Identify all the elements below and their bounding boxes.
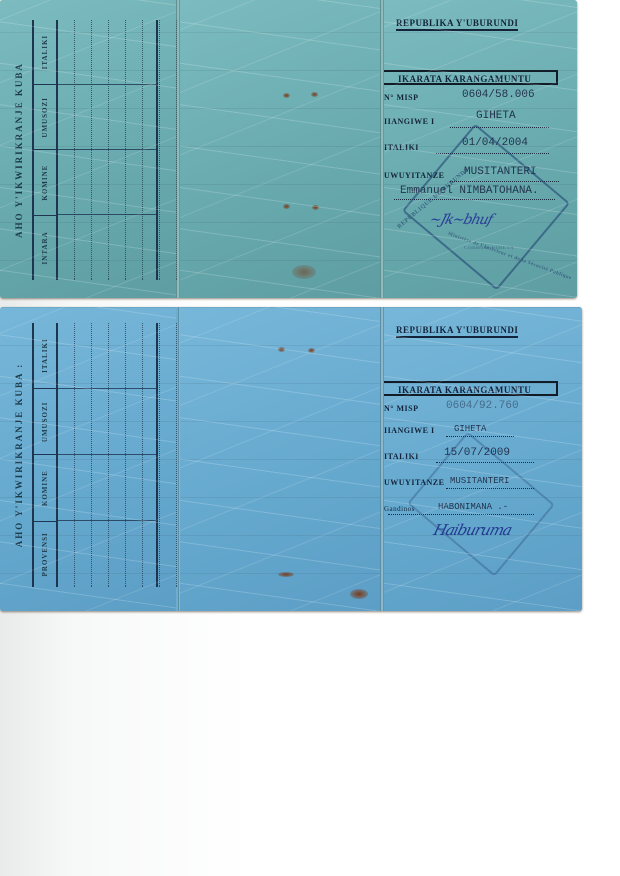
card2-residence-title: AHO Y'IKWIRIKRANJE KUBA : bbox=[14, 313, 24, 597]
field-place: IIANGIWE I GIHETA bbox=[384, 421, 574, 437]
republic-heading: REPUBLIKA Y'UBURUNDI bbox=[396, 18, 518, 31]
card-title: IKARATA KARANGAMUNTU bbox=[384, 381, 558, 396]
card2-middle-panel bbox=[180, 307, 380, 611]
card1-middle-panel bbox=[180, 0, 380, 298]
card2-right-panel: REPUBLIKA Y'UBURUNDI IKARATA KARANGAMUNT… bbox=[384, 307, 582, 611]
card1-right-panel: REPUBLIKA Y'UBURUNDI IKARATA KARANGAMUNT… bbox=[384, 0, 577, 298]
card1-left-panel: AHO Y'IKWIRIKRANJE KUBA INTARA KOMINE UM… bbox=[0, 0, 176, 298]
col-header: PROVENSI bbox=[34, 521, 56, 587]
signature: ~Jk~bhuf bbox=[428, 212, 494, 228]
signature: Haiburuma bbox=[432, 521, 514, 539]
col-header: UMUSOZI bbox=[34, 84, 56, 149]
id-card-1: AHO Y'IKWIRIKRANJE KUBA INTARA KOMINE UM… bbox=[0, 0, 577, 298]
col-header: KOMINE bbox=[34, 150, 56, 215]
field-misp: N° MISP 0604/58.006 bbox=[384, 88, 569, 104]
republic-heading: REPUBLIKA Y'UBURUNDI bbox=[396, 325, 518, 338]
card1-residence-title: AHO Y'IKWIRIKRANJE KUBA bbox=[14, 10, 24, 290]
id-card-2: AHO Y'IKWIRIKRANJE KUBA : PROVENSI KOMIN… bbox=[0, 307, 582, 611]
col-header: INTARA bbox=[34, 215, 56, 280]
card2-residence-table: PROVENSI KOMINE UMUSOZI ITALIKI bbox=[32, 323, 158, 587]
col-header: ITALIKI bbox=[34, 20, 56, 84]
col-header: UMUSOZI bbox=[34, 388, 56, 454]
col-header: ITALIKI bbox=[34, 323, 56, 388]
col-header: KOMINE bbox=[34, 455, 56, 521]
card2-left-panel: AHO Y'IKWIRIKRANJE KUBA : PROVENSI KOMIN… bbox=[0, 307, 176, 611]
field-misp: N° MISP 0604/92.760 bbox=[384, 399, 574, 415]
card1-residence-table: INTARA KOMINE UMUSOZI ITALIKI bbox=[32, 20, 158, 280]
card-title: IKARATA KARANGAMUNTU bbox=[384, 70, 558, 85]
